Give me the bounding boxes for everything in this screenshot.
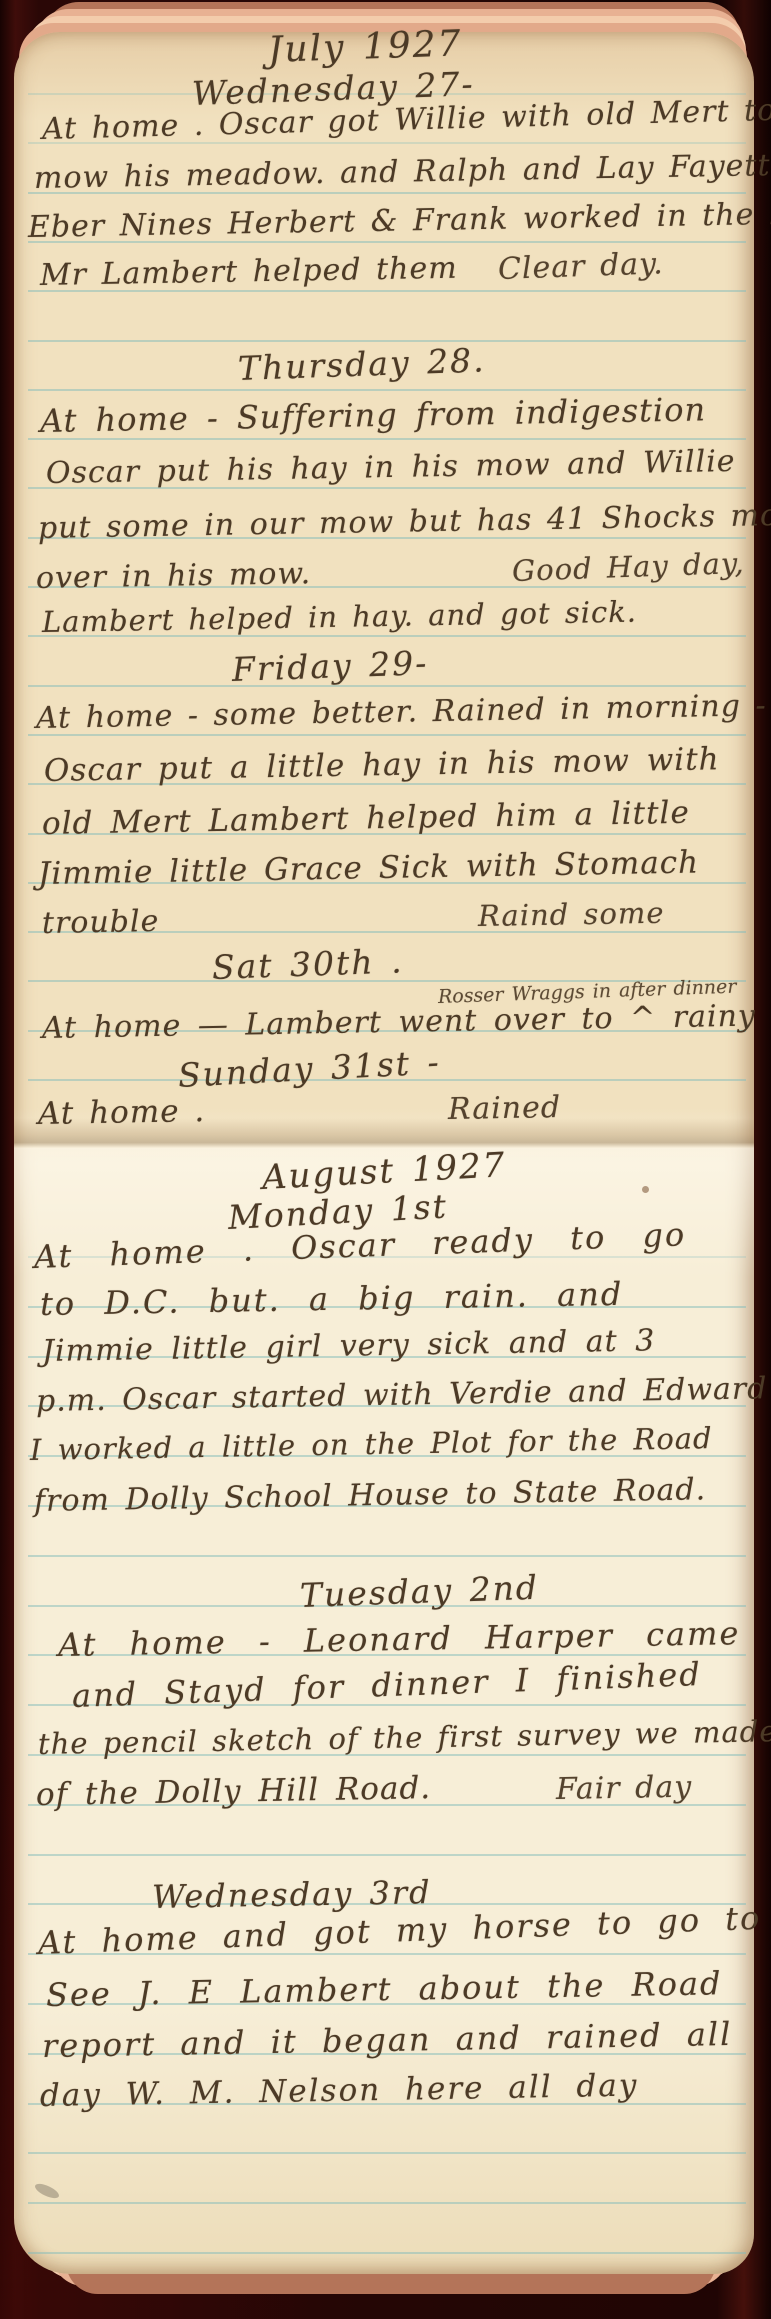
diary-line: p.m. Oscar started with Verdie and Edwar… [36,1371,768,1419]
diary-line: put some in our mow but has 41 Shocks mo… [38,497,771,546]
book-photo: July 1927 Wednesday 27- At home . Oscar … [0,0,771,2319]
weather-note: Clear day. [497,246,664,287]
weather-note: Fair day [556,1770,693,1807]
diary-line: mow his meadow. and Ralph and Lay Fayett… [34,146,771,196]
diary-line: from Dolly School House to State Road. [34,1472,707,1519]
diary-line: At home . [38,1093,206,1132]
diary-line: over in his mow. [36,556,312,596]
entry-heading: Friday 29- [231,643,429,689]
diary-line: report and it began and rained all [42,2015,733,2065]
entry-heading: Tuesday 2nd [299,1568,539,1615]
diary-line: Jimmie little Grace Sick with Stomach [38,844,700,892]
entry-heading: Wednesday 3rd [152,1873,432,1916]
weather-note: Raind some [478,896,665,933]
diary-line: Mr Lambert helped them [40,251,458,293]
diary-line: At home - Suffering from indigestion [40,390,707,440]
diary-line: trouble [42,904,160,941]
diary-line: I worked a little on the Plot for the Ro… [30,1421,713,1467]
diary-line: the pencil sketch of the first survey we… [38,1714,771,1761]
diary-line: At home - some better. Rained in morning… [36,688,767,736]
weather-note: Rained [448,1090,562,1127]
entry-heading: Sat 30th . [211,941,404,987]
diary-line: Oscar put a little hay in his mow with [44,741,720,789]
handwriting-layer: July 1927 Wednesday 27- At home . Oscar … [0,0,771,2319]
diary-line: Lambert helped in hay. and got sick. [42,595,638,639]
diary-line: Eber Nines Herbert & Frank worked in the… [28,196,771,245]
weather-note: Good Hay day, [511,546,745,588]
diary-line: of the Dolly Hill Road. [36,1770,432,1813]
entry-heading: Sunday 31st - [177,1042,442,1095]
diary-line: Jimmie little girl very sick and at 3 [42,1323,656,1369]
diary-line: to D.C. but. a big rain. and [40,1275,624,1323]
diary-line: day W. M. Nelson here all day [40,2068,639,2114]
diary-line: old Mert Lambert helped him a little [42,795,690,842]
diary-line: Oscar put his hay in his mow and Willie [46,444,736,491]
diary-line: See J. E Lambert about the Road [46,1964,723,2014]
diary-line: At home — Lambert went over to ^ rainy [42,999,756,1046]
diary-line: and Stayd for dinner I finished [71,1655,702,1715]
month-title: July 1927 [267,23,463,71]
entry-heading: Thursday 28. [237,340,486,388]
